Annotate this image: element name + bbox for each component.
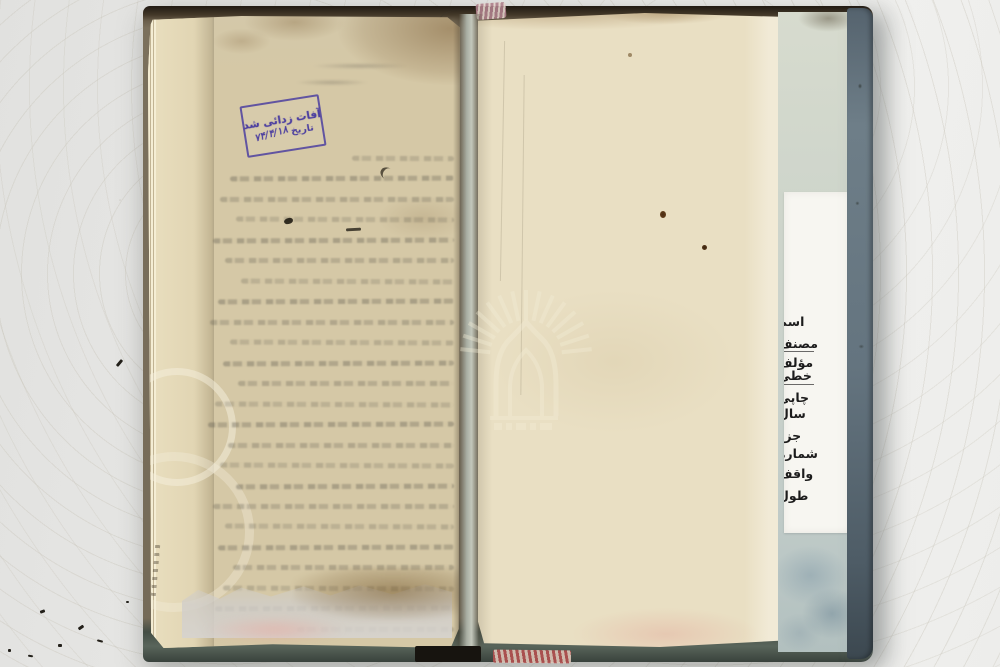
label-field-9: طول [784,488,808,503]
debris-speck [116,359,123,367]
label-field-0: اسم [784,314,804,329]
label-field-1: مصنف [784,336,818,351]
right-blank-page [478,13,781,647]
debris-speck [126,601,129,603]
ghost-text-line [215,401,454,407]
ghost-text-line [241,278,454,284]
ghost-text-line [236,217,454,223]
ghost-text-line [208,422,454,428]
ink-spot [660,211,666,218]
label-field-5: سال [784,406,806,421]
ghost-text-line [223,360,454,366]
ink-spot [628,53,632,57]
paper-fold-line [500,41,505,281]
brown-stain [294,568,460,620]
ghost-text-line [213,504,454,509]
debris-speck [28,655,33,658]
stamp-date-label: تاریخ [290,122,314,136]
debris-speck [8,649,11,652]
ghost-text-line [220,197,454,202]
debris-speck [78,625,85,631]
ghost-text-line [228,443,454,448]
ghost-text-line [213,237,454,243]
left-manuscript-page: آفات زدائی شد تاریخ ۷۴/۴/۱۸ [148,16,460,648]
ghost-text-line [236,483,454,489]
label-field-8: واقف [784,466,813,481]
faded-inscription [276,60,416,90]
debris-speck [58,644,62,647]
label-field-3: خطی [784,368,812,383]
paper-fold-line [520,75,524,395]
fumigation-stamp: آفات زدائی شد تاریخ ۷۴/۴/۱۸ [239,94,326,158]
ink-spot [702,245,707,250]
ghost-text-line [218,299,454,305]
label-rule-line [784,384,814,385]
label-field-4: چاپی [784,390,809,405]
label-field-6: جزء [784,428,801,443]
binding-gap [415,646,481,662]
ghost-text-line [352,156,454,161]
ghost-text-line [225,524,454,530]
debris-speck [97,639,103,642]
open-manuscript-book: آفات زدائی شد تاریخ ۷۴/۴/۱۸ [143,6,873,662]
pink-stain [204,616,344,644]
photo-scene: آفات زدائی شد تاریخ ۷۴/۴/۱۸ [0,0,1000,667]
ghost-text-line [210,320,454,325]
ghost-text-line [230,176,454,182]
cover-fore-edge [847,8,873,659]
ghost-text-line [230,340,454,346]
ghost-text-line [220,463,454,469]
ghost-text-line [225,258,454,263]
headband-bottom [493,650,571,664]
manuscript-ghost-text [200,156,454,632]
catalog-label: اسممصنفمؤلفخطیچاپیسالجزءشمارهواقفطول [784,192,852,533]
label-field-7: شماره [784,446,818,461]
debris-speck [40,609,46,614]
ghost-text-line [238,381,454,386]
ghost-text-line [218,544,454,550]
label-rule-line [784,351,814,352]
